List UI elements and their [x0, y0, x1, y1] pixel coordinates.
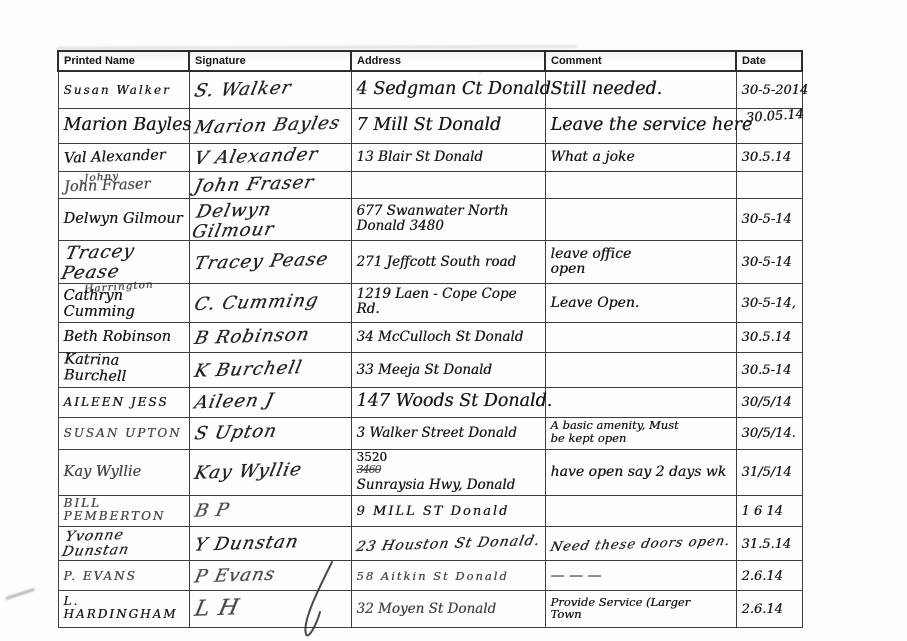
date-text: 30-5-14: [742, 256, 792, 270]
cell-date: 30/5/14.: [736, 417, 802, 449]
cell-printed-name: Delwyn Gilmour: [58, 198, 189, 241]
cell-printed-name: Beth Robinson: [58, 322, 189, 352]
date-text: 30.5-14: [742, 364, 792, 378]
cell-date: 30.5.14: [736, 143, 802, 171]
comment-text: Provide Service (Larger Town: [551, 596, 691, 621]
printed-name-text: John Fraser: [63, 178, 150, 197]
cell-address: 1219 Laen - Cope Cope Rd.: [351, 284, 545, 322]
petition-table: Printed Name Signature Address Comment D…: [57, 50, 803, 628]
address-text: Sunraysia Hwy, Donald: [357, 478, 516, 493]
table-row: Katrina Burchell K Burchell 33 Meeja St …: [58, 352, 802, 387]
cell-comment: [545, 171, 736, 198]
comment-text: have open say 2 days wk: [551, 465, 727, 480]
column-header-printed-name: Printed Name: [58, 51, 189, 71]
cell-signature: Tracey Pease: [189, 241, 351, 284]
cell-signature: B Robinson: [189, 322, 351, 352]
signature-scrawl: L H: [192, 597, 241, 623]
cell-signature: P Evans: [189, 561, 351, 591]
address-text: 7 Mill St Donald: [357, 116, 502, 135]
printed-name-text: Katrina Burchell: [63, 352, 184, 387]
address-text: 13 Blair St Donald: [357, 150, 483, 165]
comment-text: Still needed.: [551, 80, 663, 99]
date-text: 30.05.14: [745, 107, 804, 125]
signature-scrawl: B Robinson: [192, 325, 311, 349]
table-row: L. HARDINGHAM L H 32 Moyen St Donald Pro…: [58, 591, 802, 628]
cell-signature: L H: [189, 591, 351, 628]
cell-signature: S. Walker: [189, 71, 351, 108]
address-text: 9 MILL ST Donald: [357, 505, 510, 519]
signature-scrawl: Delwyn Gilmour: [190, 197, 351, 242]
cell-date: 2.6.14: [736, 591, 802, 628]
cell-signature: K Burchell: [189, 352, 351, 387]
cell-comment: leave office open: [545, 241, 736, 284]
cell-comment: [545, 495, 736, 526]
cell-address: 7 Mill St Donald: [351, 108, 545, 143]
address-text: 271 Jeffcott South road: [357, 255, 517, 270]
signature-scrawl: V Alexander: [192, 145, 320, 169]
cell-address: [351, 171, 545, 198]
signature-scrawl: P Evans: [192, 564, 277, 587]
printed-name-text: Tracey Pease: [59, 240, 188, 284]
printed-name-text: Marion Bayles: [64, 116, 192, 135]
date-text: 2.6.14: [742, 570, 783, 584]
cell-address: 34 McCulloch St Donald: [351, 322, 545, 352]
date-text: 31.5.14: [742, 538, 792, 552]
cell-printed-name: Susan Walker: [58, 71, 189, 108]
signature-scrawl: Kay Wyllie: [192, 460, 303, 483]
cell-signature: John Fraser: [189, 171, 351, 198]
cell-comment: have open say 2 days wk: [545, 449, 736, 495]
comment-text: Need these doors open.: [548, 535, 731, 556]
signature-scrawl: Marion Bayles: [192, 113, 342, 138]
address-text: 147 Woods St Donald.: [357, 392, 553, 411]
date-text: 30.5.14: [742, 331, 792, 345]
scanned-petition-page: Printed Name Signature Address Comment D…: [0, 0, 907, 641]
address-text: 3 Walker Street Donald: [357, 426, 517, 441]
printed-name-text: Kay Wyllie: [64, 465, 142, 481]
table-row: Johny John Fraser John Fraser: [58, 171, 802, 198]
cell-address: 147 Woods St Donald.: [351, 387, 545, 417]
cell-comment: [545, 352, 736, 387]
table-row: Susan Walker S. Walker 4 Sedgman Ct Dona…: [58, 71, 802, 108]
table-header: Printed Name Signature Address Comment D…: [58, 51, 802, 71]
table-row: Beth Robinson B Robinson 34 McCulloch St…: [58, 322, 802, 352]
signature-scrawl: S Upton: [192, 422, 278, 445]
table-row: AILEEN JESS Aileen J 147 Woods St Donald…: [58, 387, 802, 417]
cell-printed-name: L. HARDINGHAM: [58, 591, 189, 628]
printed-name-text: Yvonne Dunstan: [60, 526, 188, 561]
date-text: 30/5/14.: [742, 427, 796, 441]
printed-name-text: SUSAN UPTON: [64, 427, 182, 440]
cell-signature: Aileen J: [189, 387, 351, 417]
date-text: 30/5/14: [742, 396, 792, 410]
printed-name-text: Beth Robinson: [64, 330, 171, 346]
printed-name-text: Susan Walker: [64, 84, 171, 97]
cell-signature: B P: [189, 495, 351, 526]
cell-signature: V Alexander: [189, 143, 351, 171]
cell-date: 30-5-14: [736, 241, 802, 284]
address-text: 23 Houston St Donald.: [354, 533, 541, 555]
table-row: Delwyn Gilmour Delwyn Gilmour 677 Swanwa…: [58, 198, 802, 241]
cell-address: 32 Moyen St Donald: [351, 591, 545, 628]
date-text: 30-5-14,: [742, 297, 796, 311]
cell-signature: Kay Wyllie: [189, 449, 351, 495]
comment-text: A basic amenity, Must be kept open: [551, 419, 679, 444]
cell-comment: Need these doors open.: [545, 526, 736, 560]
address-text: 34 McCulloch St Donald: [357, 330, 524, 345]
column-header-signature: Signature: [189, 51, 351, 71]
cell-comment: Still needed.: [545, 71, 736, 108]
cell-address: 33 Meeja St Donald: [351, 352, 545, 387]
signature-scrawl: Y Dunstan: [192, 532, 300, 555]
cell-address: 4 Sedgman Ct Donald: [351, 71, 545, 108]
cell-comment: Leave Open.: [545, 284, 736, 322]
cell-date: [736, 171, 802, 198]
cell-date: 30.05.14: [736, 108, 802, 143]
date-text: 30-5-2014: [742, 84, 809, 98]
table-body: Susan Walker S. Walker 4 Sedgman Ct Dona…: [58, 71, 802, 628]
cell-signature: C. Cumming: [189, 284, 351, 322]
cell-date: 31/5/14: [736, 449, 802, 495]
address-text: 677 Swanwater North Donald 3480: [357, 204, 509, 234]
address-text: 4 Sedgman Ct Donald: [357, 80, 551, 99]
printed-name-text: Cathryn Cumming: [64, 289, 184, 321]
cell-comment: [545, 198, 736, 241]
signature-scrawl: C. Cumming: [192, 291, 320, 315]
date-text: 30.5.14: [742, 151, 792, 165]
table-row: Tracey Pease Tracey Pease 271 Jeffcott S…: [58, 241, 802, 284]
table-row: BILL PEMBERTON B P 9 MILL ST Donald 1 6 …: [58, 495, 802, 526]
scan-smudge: [5, 588, 34, 599]
signature-scrawl: Aileen J: [192, 391, 275, 414]
table-row: Yvonne Dunstan Y Dunstan 23 Houston St D…: [58, 526, 802, 560]
header-row: Printed Name Signature Address Comment D…: [58, 51, 802, 71]
cell-printed-name: BILL PEMBERTON: [58, 495, 189, 526]
address-text: 32 Moyen St Donald: [357, 602, 497, 617]
cell-date: 30.5-14: [736, 352, 802, 387]
cell-date: 2.6.14: [736, 561, 802, 591]
printed-name-text: P. EVANS: [64, 570, 137, 583]
cell-address: 9 MILL ST Donald: [351, 495, 545, 526]
address-new-number: 3520: [357, 451, 388, 464]
cell-address: 271 Jeffcott South road: [351, 241, 545, 284]
cell-printed-name: Johny John Fraser: [58, 171, 189, 198]
signature-scrawl: K Burchell: [192, 358, 304, 381]
cell-printed-name: SUSAN UPTON: [58, 417, 189, 449]
printed-name-text: AILEEN JESS: [64, 396, 169, 409]
signature-scrawl: John Fraser: [192, 172, 315, 196]
comment-text: Leave the service here: [551, 116, 753, 135]
table-row: P. EVANS P Evans 58 Aitkin St Donald — —…: [58, 561, 802, 591]
cell-comment: What a joke: [545, 143, 736, 171]
cell-comment: [545, 322, 736, 352]
cell-date: 1 6 14: [736, 495, 802, 526]
signature-scrawl: Tracey Pease: [192, 250, 330, 274]
date-text: 30-5-14: [742, 213, 792, 227]
cell-printed-name: Yvonne Dunstan: [58, 526, 189, 560]
signature-scrawl: B P: [192, 500, 231, 521]
address-text: 58 Aitkin St Donald: [357, 570, 509, 583]
cell-comment: — — —: [545, 561, 736, 591]
cell-address: 13 Blair St Donald: [351, 143, 545, 171]
table-row: Harrington Cathryn Cumming C. Cumming 12…: [58, 284, 802, 322]
cell-printed-name: Tracey Pease: [58, 241, 189, 284]
printed-name-text: BILL PEMBERTON: [64, 497, 184, 523]
column-header-comment: Comment: [545, 51, 736, 71]
date-text: 2.6.14: [742, 603, 783, 617]
cell-comment: Provide Service (Larger Town: [545, 591, 736, 628]
cell-comment: A basic amenity, Must be kept open: [545, 417, 736, 449]
cell-printed-name: AILEEN JESS: [58, 387, 189, 417]
cell-comment: [545, 387, 736, 417]
cell-signature: S Upton: [189, 417, 351, 449]
cell-date: 30-5-2014: [736, 71, 802, 108]
cell-date: 31.5.14: [736, 526, 802, 560]
table-row: Kay Wyllie Kay Wyllie 35203460 Sunraysia…: [58, 449, 802, 495]
cell-printed-name: Marion Bayles: [58, 108, 189, 143]
address-text: 33 Meeja St Donald: [357, 363, 492, 378]
cell-printed-name: Harrington Cathryn Cumming: [58, 284, 189, 322]
cell-address: 677 Swanwater North Donald 3480: [351, 198, 545, 241]
comment-text: Leave Open.: [551, 296, 640, 311]
comment-text: What a joke: [551, 150, 635, 165]
printed-name-text: L. HARDINGHAM: [64, 595, 184, 621]
cell-address: 58 Aitkin St Donald: [351, 561, 545, 591]
date-text: 31/5/14: [742, 466, 792, 480]
comment-ditto-marks: — — —: [551, 569, 602, 584]
cell-printed-name: Kay Wyllie: [58, 449, 189, 495]
comment-text: leave office open: [551, 247, 632, 278]
address-corrected-number: 35203460: [357, 451, 388, 476]
cell-signature: Marion Bayles: [189, 108, 351, 143]
cell-date: 30.5.14: [736, 322, 802, 352]
cell-printed-name: P. EVANS: [58, 561, 189, 591]
date-text: 1 6 14: [742, 505, 783, 519]
cell-printed-name: Katrina Burchell: [58, 352, 189, 387]
printed-name-text: Delwyn Gilmour: [64, 212, 183, 228]
column-header-date: Date: [736, 51, 802, 71]
cell-date: 30-5-14,: [736, 284, 802, 322]
address-text: 1219 Laen - Cope Cope Rd.: [357, 287, 540, 317]
printed-name-text: Val Alexander: [63, 148, 165, 167]
cell-comment: Leave the service here: [545, 108, 736, 143]
address-struck-number: 3460: [357, 464, 381, 476]
column-header-address: Address: [351, 51, 545, 71]
cell-address: 23 Houston St Donald.: [351, 526, 545, 560]
cell-signature: Y Dunstan: [189, 526, 351, 560]
table-row: SUSAN UPTON S Upton 3 Walker Street Dona…: [58, 417, 802, 449]
table-row: Marion Bayles Marion Bayles 7 Mill St Do…: [58, 108, 802, 143]
cell-address: 3 Walker Street Donald: [351, 417, 545, 449]
cell-date: 30/5/14: [736, 387, 802, 417]
signature-scrawl: S. Walker: [192, 78, 293, 101]
cell-date: 30-5-14: [736, 198, 802, 241]
cell-signature: Delwyn Gilmour: [189, 198, 351, 241]
cell-address: 35203460 Sunraysia Hwy, Donald: [351, 449, 545, 495]
